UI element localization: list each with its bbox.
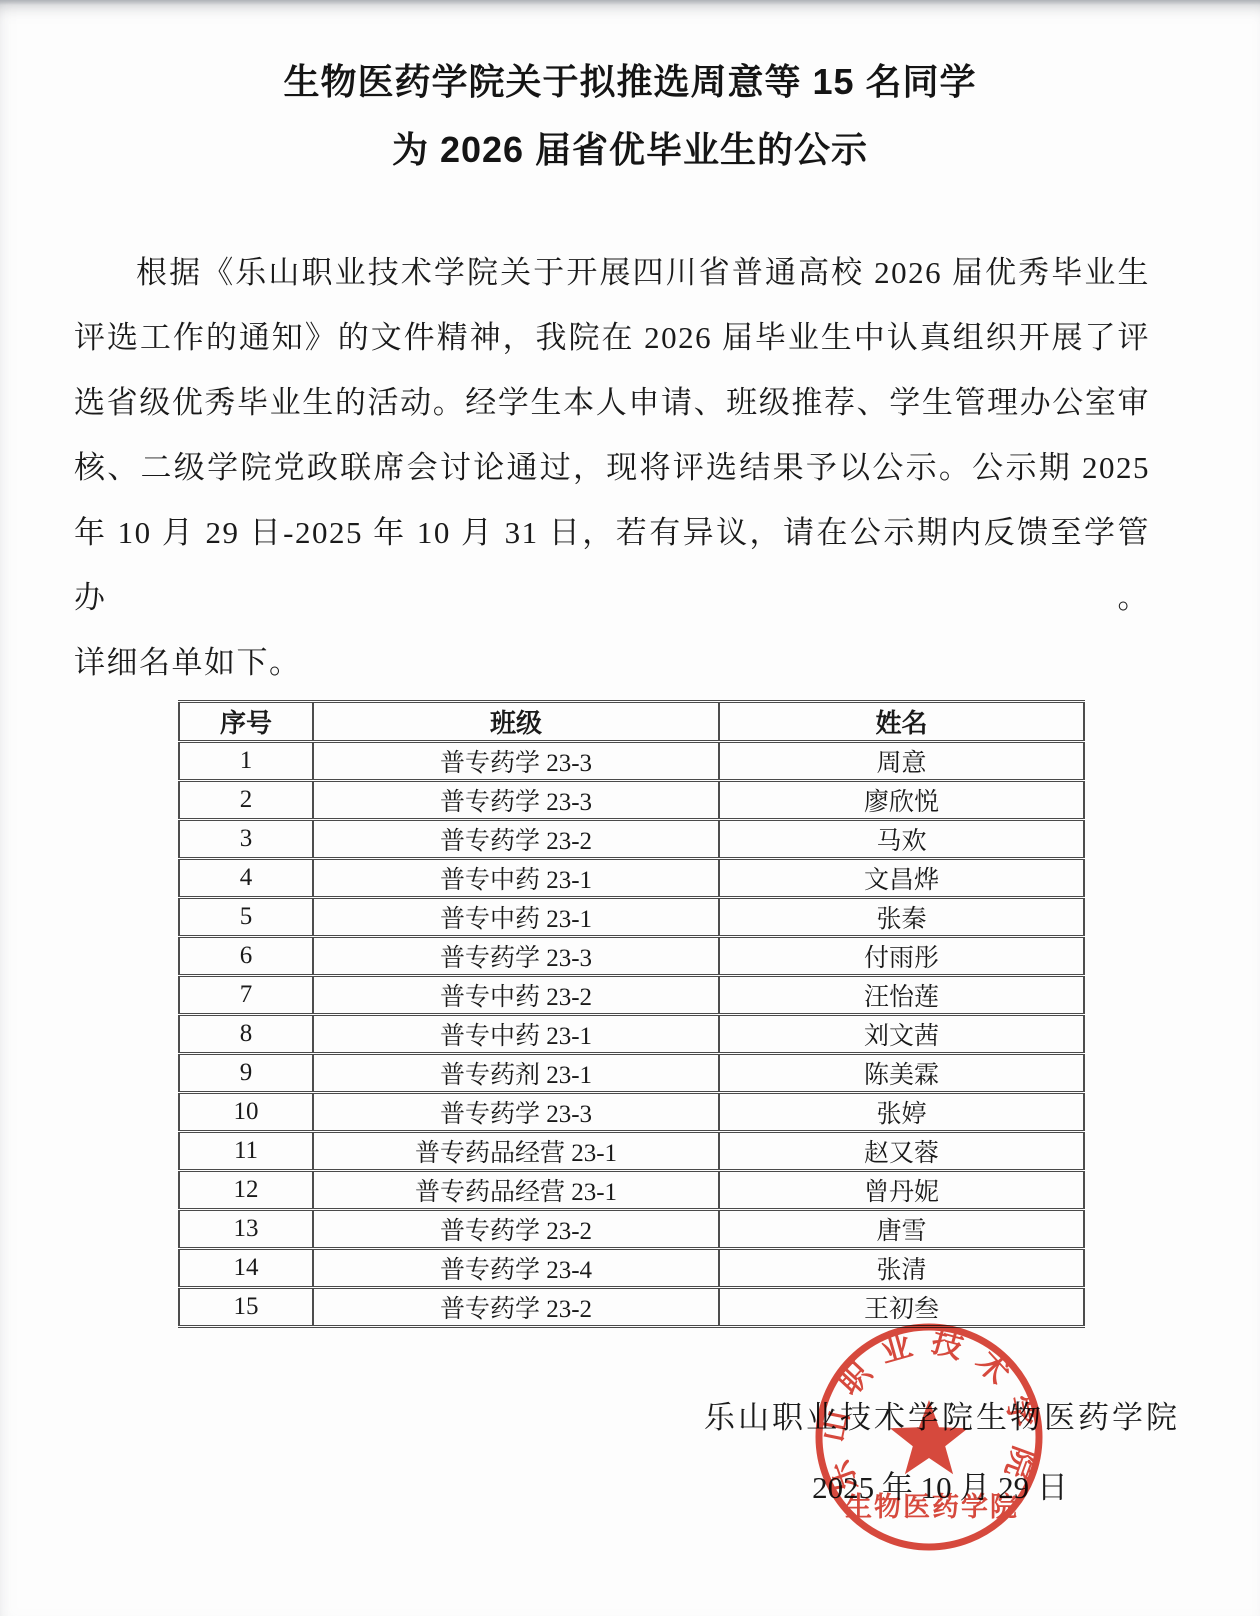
cell-index: 2	[179, 781, 313, 820]
cell-class: 普专药学 23-3	[313, 742, 719, 781]
table-row: 4普专中药 23-1文昌烨	[179, 859, 1084, 898]
cell-class: 普专药学 23-2	[313, 1288, 719, 1327]
doc-title: 生物医药学院关于拟推选周意等 15 名同学 为 2026 届省优毕业生的公示	[0, 48, 1260, 184]
cell-class: 普专药学 23-2	[313, 1210, 719, 1249]
cell-index: 6	[179, 937, 313, 976]
cell-index: 7	[179, 976, 313, 1015]
doc-title-line2: 为 2026 届省优毕业生的公示	[0, 116, 1260, 184]
table-row: 13普专药学 23-2唐雪	[179, 1210, 1084, 1249]
cell-index: 1	[179, 742, 313, 781]
paragraph-line: 详细名单如下。	[74, 630, 1150, 695]
cell-name: 廖欣悦	[719, 781, 1084, 820]
cell-class: 普专中药 23-1	[313, 859, 719, 898]
document-page: 生物医药学院关于拟推选周意等 15 名同学 为 2026 届省优毕业生的公示 根…	[0, 0, 1260, 1616]
cell-name: 付雨彤	[719, 937, 1084, 976]
cell-index: 5	[179, 898, 313, 937]
cell-class: 普专药学 23-3	[313, 937, 719, 976]
cell-class: 普专药学 23-3	[313, 781, 719, 820]
cell-index: 11	[179, 1132, 313, 1171]
paragraph-line: 根据《乐山职业技术学院关于开展四川省普通高校 2026 届优秀毕业生	[74, 240, 1150, 305]
cell-index: 9	[179, 1054, 313, 1093]
table-header-cell: 班级	[313, 702, 719, 742]
table-header-row: 序号班级姓名	[179, 702, 1084, 742]
cell-name: 张清	[719, 1249, 1084, 1288]
cell-name: 赵又蓉	[719, 1132, 1084, 1171]
cell-index: 12	[179, 1171, 313, 1210]
cell-name: 唐雪	[719, 1210, 1084, 1249]
table-row: 12普专药品经营 23-1曾丹妮	[179, 1171, 1084, 1210]
cell-name: 陈美霖	[719, 1054, 1084, 1093]
cell-class: 普专药学 23-2	[313, 820, 719, 859]
table-header-cell: 姓名	[719, 702, 1084, 742]
paragraph-line: 选省级优秀毕业生的活动。经学生本人申请、班级推荐、学生管理办公室审	[74, 370, 1150, 435]
cell-index: 4	[179, 859, 313, 898]
doc-title-line1: 生物医药学院关于拟推选周意等 15 名同学	[0, 48, 1260, 116]
paragraph-line: 评选工作的通知》的文件精神，我院在 2026 届毕业生中认真组织开展了评	[74, 305, 1150, 370]
table-row: 5普专中药 23-1张秦	[179, 898, 1084, 937]
table-row: 14普专药学 23-4张清	[179, 1249, 1084, 1288]
cell-name: 马欢	[719, 820, 1084, 859]
graduates-table: 序号班级姓名 1普专药学 23-3周意2普专药学 23-3廖欣悦3普专药学 23…	[178, 700, 1085, 1328]
paragraph-line: 核、二级学院党政联席会讨论通过，现将评选结果予以公示。公示期 2025	[74, 435, 1150, 500]
cell-name: 曾丹妮	[719, 1171, 1084, 1210]
table-row: 1普专药学 23-3周意	[179, 742, 1084, 781]
cell-name: 刘文茜	[719, 1015, 1084, 1054]
cell-class: 普专药品经营 23-1	[313, 1171, 719, 1210]
cell-class: 普专药剂 23-1	[313, 1054, 719, 1093]
cell-name: 汪怡莲	[719, 976, 1084, 1015]
cell-class: 普专中药 23-2	[313, 976, 719, 1015]
cell-name: 周意	[719, 742, 1084, 781]
cell-class: 普专中药 23-1	[313, 898, 719, 937]
cell-index: 14	[179, 1249, 313, 1288]
table-row: 6普专药学 23-3付雨彤	[179, 937, 1084, 976]
graduates-table-wrap: 序号班级姓名 1普专药学 23-3周意2普专药学 23-3廖欣悦3普专药学 23…	[178, 700, 1085, 1328]
cell-class: 普专药学 23-4	[313, 1249, 719, 1288]
seal-star	[890, 1400, 968, 1474]
cell-class: 普专药品经营 23-1	[313, 1132, 719, 1171]
cell-index: 10	[179, 1093, 313, 1132]
cell-index: 13	[179, 1210, 313, 1249]
cell-name: 张秦	[719, 898, 1084, 937]
table-row: 2普专药学 23-3廖欣悦	[179, 781, 1084, 820]
cell-index: 8	[179, 1015, 313, 1054]
table-row: 7普专中药 23-2汪怡莲	[179, 976, 1084, 1015]
table-row: 10普专药学 23-3张婷	[179, 1093, 1084, 1132]
table-row: 9普专药剂 23-1陈美霖	[179, 1054, 1084, 1093]
official-seal: 乐山职业技术学院 生物医药学院	[809, 1317, 1049, 1557]
cell-name: 文昌烨	[719, 859, 1084, 898]
cell-class: 普专中药 23-1	[313, 1015, 719, 1054]
paragraph-line: 年 10 月 29 日-2025 年 10 月 31 日，若有异议，请在公示期内…	[74, 500, 1150, 630]
table-header-cell: 序号	[179, 702, 313, 742]
cell-name: 张婷	[719, 1093, 1084, 1132]
table-row: 3普专药学 23-2马欢	[179, 820, 1084, 859]
table-row: 11普专药品经营 23-1赵又蓉	[179, 1132, 1084, 1171]
cell-index: 3	[179, 820, 313, 859]
cell-index: 15	[179, 1288, 313, 1327]
table-row: 8普专中药 23-1刘文茜	[179, 1015, 1084, 1054]
scan-edge-artifact	[0, 0, 1260, 5]
doc-body-paragraph: 根据《乐山职业技术学院关于开展四川省普通高校 2026 届优秀毕业生 评选工作的…	[74, 240, 1150, 695]
seal-bottom-text: 生物医药学院	[845, 1492, 1019, 1522]
cell-class: 普专药学 23-3	[313, 1093, 719, 1132]
